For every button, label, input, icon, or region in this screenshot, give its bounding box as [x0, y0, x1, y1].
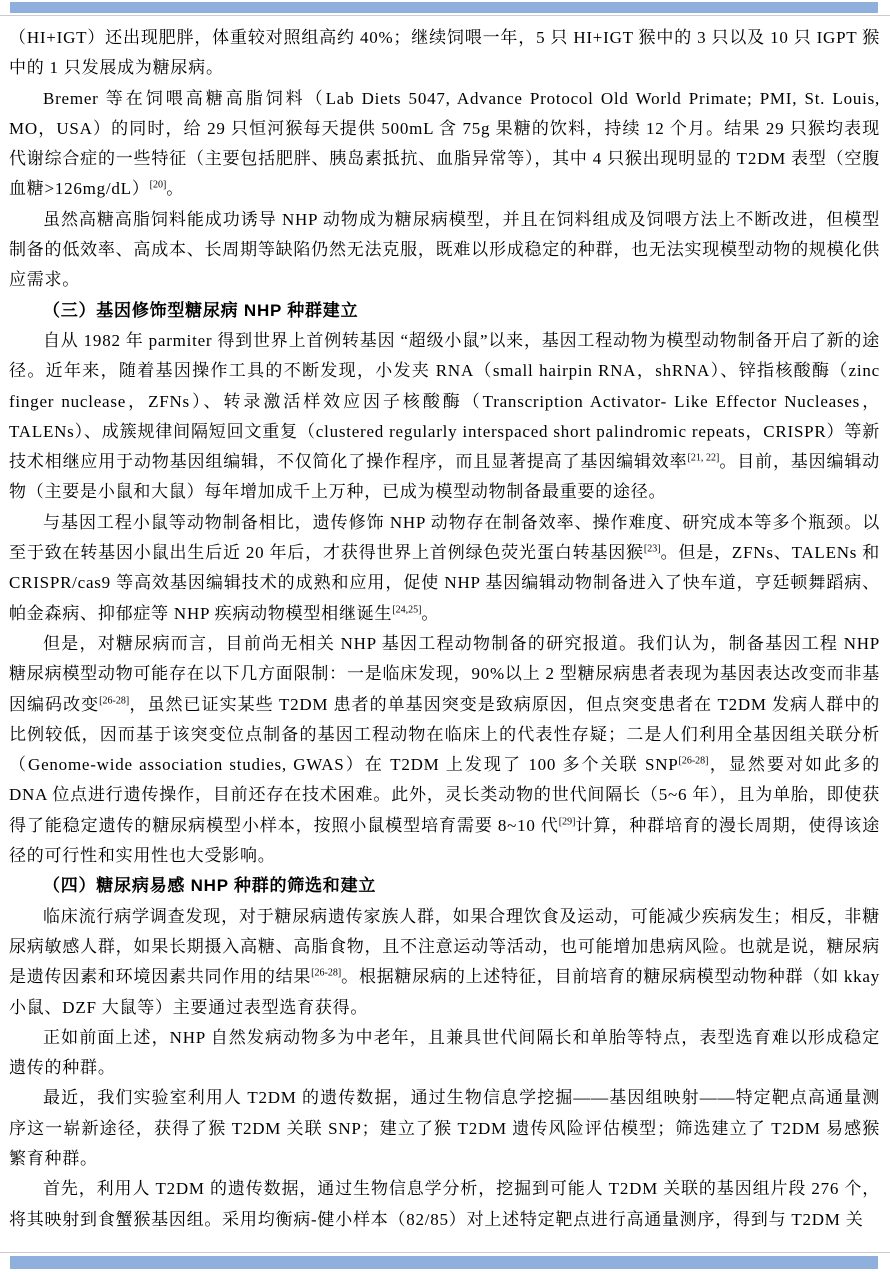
paragraph: 虽然高糖高脂饲料能成功诱导 NHP 动物成为糖尿病模型，并且在饲料组成及饲喂方法… [9, 205, 880, 296]
citation-ref: [24,25] [392, 604, 421, 615]
citation-ref: [29] [559, 816, 576, 827]
paragraph: Bremer 等在饲喂高糖高脂饲料（Lab Diets 5047, Advanc… [9, 84, 880, 205]
section-heading: （三）基因修饰型糖尿病 NHP 种群建立 [9, 296, 880, 326]
citation-ref: [23] [644, 543, 661, 554]
citation-ref: [26-28] [99, 695, 129, 706]
bottom-divider-line [0, 1252, 890, 1253]
paragraph: 正如前面上述，NHP 自然发病动物多为中老年，且兼具世代间隔长和单胎等特点，表型… [9, 1023, 880, 1084]
citation-ref: [26-28] [678, 755, 708, 766]
section-heading: （四）糖尿病易感 NHP 种群的筛选和建立 [9, 871, 880, 901]
paragraph: （HI+IGT）还出现肥胖，体重较对照组高约 40%；继续饲喂一年，5 只 HI… [9, 23, 880, 84]
paragraph: 自从 1982 年 parmiter 得到世界上首例转基因 “超级小鼠”以来，基… [9, 326, 880, 508]
paragraph: 与基因工程小鼠等动物制备相比，遗传修饰 NHP 动物存在制备效率、操作难度、研究… [9, 508, 880, 629]
citation-ref: [26-28] [311, 968, 341, 979]
paragraph: 首先，利用人 T2DM 的遗传数据，通过生物信息学分析，挖掘到可能人 T2DM … [9, 1174, 880, 1235]
citation-ref: [21, 22] [688, 453, 720, 464]
top-divider-line [0, 15, 890, 16]
document-page: （HI+IGT）还出现肥胖，体重较对照组高约 40%；继续饲喂一年，5 只 HI… [0, 0, 890, 1272]
bottom-decoration-bar [10, 1256, 878, 1269]
paragraph: 但是，对糖尿病而言，目前尚无相关 NHP 基因工程动物制备的研究报道。我们认为，… [9, 629, 880, 871]
citation-ref: [20] [150, 180, 167, 191]
paragraph: 最近，我们实验室利用人 T2DM 的遗传数据，通过生物信息学挖掘——基因组映射—… [9, 1083, 880, 1174]
paragraph: 临床流行病学调查发现，对于糖尿病遗传家族人群，如果合理饮食及运动，可能减少疾病发… [9, 902, 880, 1023]
document-body: （HI+IGT）还出现肥胖，体重较对照组高约 40%；继续饲喂一年，5 只 HI… [9, 23, 880, 1235]
top-decoration-bar [10, 2, 878, 13]
